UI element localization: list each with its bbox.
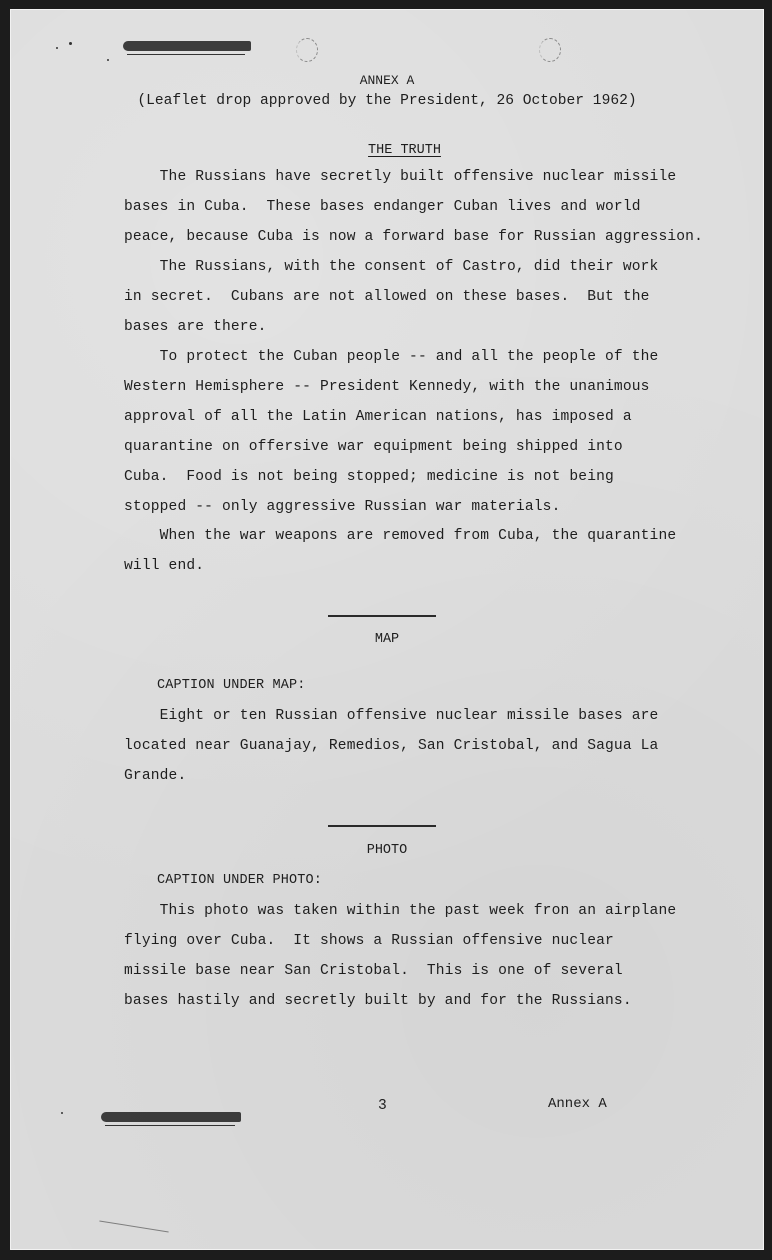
speck — [56, 47, 58, 49]
body-line: quarantine on offersive war equipment be… — [124, 438, 623, 456]
map-placeholder-rule — [328, 615, 436, 617]
body-line: bases in Cuba. These bases endanger Cuba… — [124, 198, 641, 216]
page-number: 3 — [378, 1098, 387, 1114]
photo-caption-line: missile base near San Cristobal. This is… — [124, 962, 623, 980]
map-caption-line: located near Guanajay, Remedios, San Cri… — [124, 737, 658, 755]
footer-annex-label: Annex A — [548, 1096, 607, 1112]
body-line: approval of all the Latin American natio… — [124, 408, 632, 426]
body-line: When the war weapons are removed from Cu… — [124, 527, 676, 545]
body-line: To protect the Cuban people -- and all t… — [124, 348, 658, 366]
document-page: CONFIDENTIAL ANNEX A (Leaflet drop appro… — [10, 9, 764, 1250]
map-caption-line: Eight or ten Russian offensive nuclear m… — [124, 707, 658, 725]
smudge-mark — [99, 1221, 168, 1233]
body-line: in secret. Cubans are not allowed on the… — [124, 288, 650, 306]
map-caption-line: Grande. — [124, 767, 186, 785]
photo-caption-line: bases hastily and secretly built by and … — [124, 992, 632, 1010]
punch-hole-right — [539, 38, 561, 62]
body-line: bases are there. — [124, 318, 267, 336]
body-line: stopped -- only aggressive Russian war m… — [124, 498, 560, 516]
classification-marking-bottom-text: CONFIDENTIAL — [105, 1108, 184, 1120]
speck — [107, 59, 109, 61]
body-line: Western Hemisphere -- President Kennedy,… — [124, 378, 650, 396]
document-title-text: THE TRUTH — [368, 143, 441, 158]
punch-hole-left — [296, 38, 318, 62]
photo-heading: PHOTO — [11, 842, 763, 860]
annex-label: ANNEX A — [11, 72, 763, 90]
body-line: Cuba. Food is not being stopped; medicin… — [124, 468, 614, 486]
classification-marking-top-text: CONFIDENTIAL — [125, 36, 204, 48]
body-line: The Russians, with the consent of Castro… — [124, 258, 658, 276]
map-heading: MAP — [11, 631, 763, 649]
body-line: The Russians have secretly built offensi… — [124, 168, 676, 186]
map-caption-label: CAPTION UNDER MAP: — [124, 677, 306, 695]
photo-placeholder-rule — [328, 825, 436, 827]
photo-caption-line: flying over Cuba. It shows a Russian off… — [124, 932, 614, 950]
speck — [69, 42, 72, 45]
body-line: peace, because Cuba is now a forward bas… — [124, 228, 703, 246]
photo-caption-line: This photo was taken within the past wee… — [124, 902, 676, 920]
body-line: will end. — [124, 557, 204, 575]
speck — [61, 1112, 63, 1114]
photo-caption-label: CAPTION UNDER PHOTO: — [124, 872, 322, 890]
document-subtitle: (Leaflet drop approved by the President,… — [11, 92, 763, 110]
